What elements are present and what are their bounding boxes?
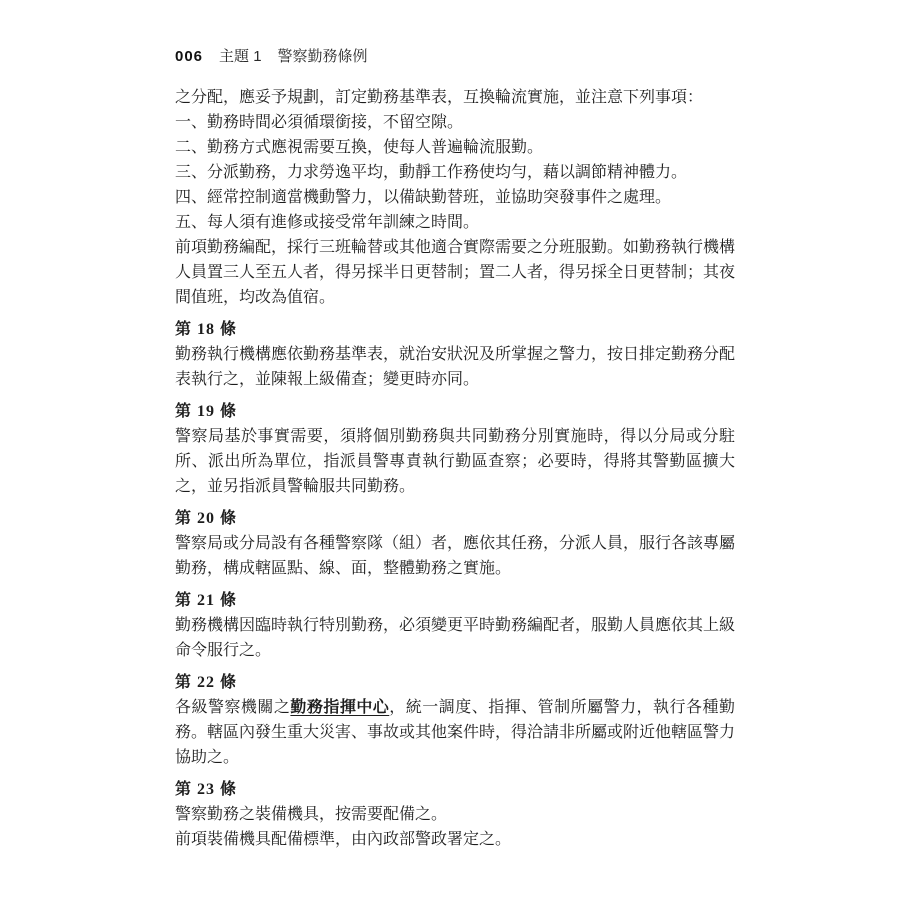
running-header: 006 主題 1 警察勤務條例	[175, 48, 735, 66]
paragraph: 警察勤務之裝備機具，按需要配備之。	[175, 802, 735, 827]
text-segment: 勤務執行機構應依勤務基準表，就治安狀況及所掌握之警力，按日排定勤務分配表執行之，…	[175, 346, 735, 388]
paragraph: 之分配，應妥予規劃，訂定勤務基準表，互換輪流實施，並注意下列事項：	[175, 85, 735, 110]
text-segment: 四、經常控制適當機動警力，以備缺勤替班，並協助突發事件之處理。	[175, 189, 671, 206]
paragraph: 二、勤務方式應視需要互換，使每人普遍輪流服勤。	[175, 135, 735, 160]
article-heading: 第 23 條	[175, 777, 735, 802]
text-segment: 警察勤務之裝備機具，按需要配備之。	[175, 806, 447, 823]
topic-title: 警察勤務條例	[278, 48, 368, 66]
paragraph: 前項裝備機具配備標準，由內政部警政署定之。	[175, 827, 735, 852]
article-heading: 第 20 條	[175, 506, 735, 531]
text-segment: 二、勤務方式應視需要互換，使每人普遍輪流服勤。	[175, 139, 543, 156]
paragraph: 三、分派勤務，力求勞逸平均，動靜工作務使均勻，藉以調節精神體力。	[175, 160, 735, 185]
article-heading: 第 21 條	[175, 588, 735, 613]
paragraph: 勤務機構因臨時執行特別勤務，必須變更平時勤務編配者，服勤人員應依其上級命令服行之…	[175, 613, 735, 663]
text-segment: 一、勤務時間必須循環銜接，不留空隙。	[175, 114, 463, 131]
scanned-book-page: 006 主題 1 警察勤務條例 之分配，應妥予規劃，訂定勤務基準表，互換輪流實施…	[0, 0, 900, 900]
paragraph: 勤務執行機構應依勤務基準表，就治安狀況及所掌握之警力，按日排定勤務分配表執行之，…	[175, 342, 735, 392]
document-body: 之分配，應妥予規劃，訂定勤務基準表，互換輪流實施，並注意下列事項：一、勤務時間必…	[175, 85, 735, 852]
paragraph: 各級警察機關之勤務指揮中心，統一調度、指揮、管制所屬警力，執行各種勤務。轄區內發…	[175, 695, 735, 770]
text-segment: 前項裝備機具配備標準，由內政部警政署定之。	[175, 831, 511, 848]
article-heading: 第 18 條	[175, 317, 735, 342]
text-segment: 勤務機構因臨時執行特別勤務，必須變更平時勤務編配者，服勤人員應依其上級命令服行之…	[175, 617, 735, 659]
paragraph: 警察局或分局設有各種警察隊（組）者，應依其任務，分派人員，服行各該專屬勤務，構成…	[175, 531, 735, 581]
paragraph: 警察局基於事實需要，須將個別勤務與共同勤務分別實施時，得以分局或分駐所、派出所為…	[175, 424, 735, 499]
paragraph: 五、每人須有進修或接受常年訓練之時間。	[175, 210, 735, 235]
text-segment: 警察局或分局設有各種警察隊（組）者，應依其任務，分派人員，服行各該專屬勤務，構成…	[175, 535, 735, 577]
text-segment: 五、每人須有進修或接受常年訓練之時間。	[175, 214, 479, 231]
text-segment: 三、分派勤務，力求勞逸平均，動靜工作務使均勻，藉以調節精神體力。	[175, 164, 687, 181]
article-heading: 第 19 條	[175, 399, 735, 424]
topic-label: 主題 1	[219, 48, 262, 66]
paragraph: 前項勤務編配，採行三班輪替或其他適合實際需要之分班服勤。如勤務執行機構人員置三人…	[175, 235, 735, 310]
page-number: 006	[175, 48, 203, 66]
paragraph: 一、勤務時間必須循環銜接，不留空隙。	[175, 110, 735, 135]
emphasized-term: 勤務指揮中心	[290, 699, 389, 716]
text-segment: 之分配，應妥予規劃，訂定勤務基準表，互換輪流實施，並注意下列事項：	[175, 89, 703, 106]
text-segment: 警察局基於事實需要，須將個別勤務與共同勤務分別實施時，得以分局或分駐所、派出所為…	[175, 428, 735, 495]
text-segment: 各級警察機關之	[175, 699, 290, 716]
article-heading: 第 22 條	[175, 670, 735, 695]
text-segment: 前項勤務編配，採行三班輪替或其他適合實際需要之分班服勤。如勤務執行機構人員置三人…	[175, 239, 735, 306]
paragraph: 四、經常控制適當機動警力，以備缺勤替班，並協助突發事件之處理。	[175, 185, 735, 210]
